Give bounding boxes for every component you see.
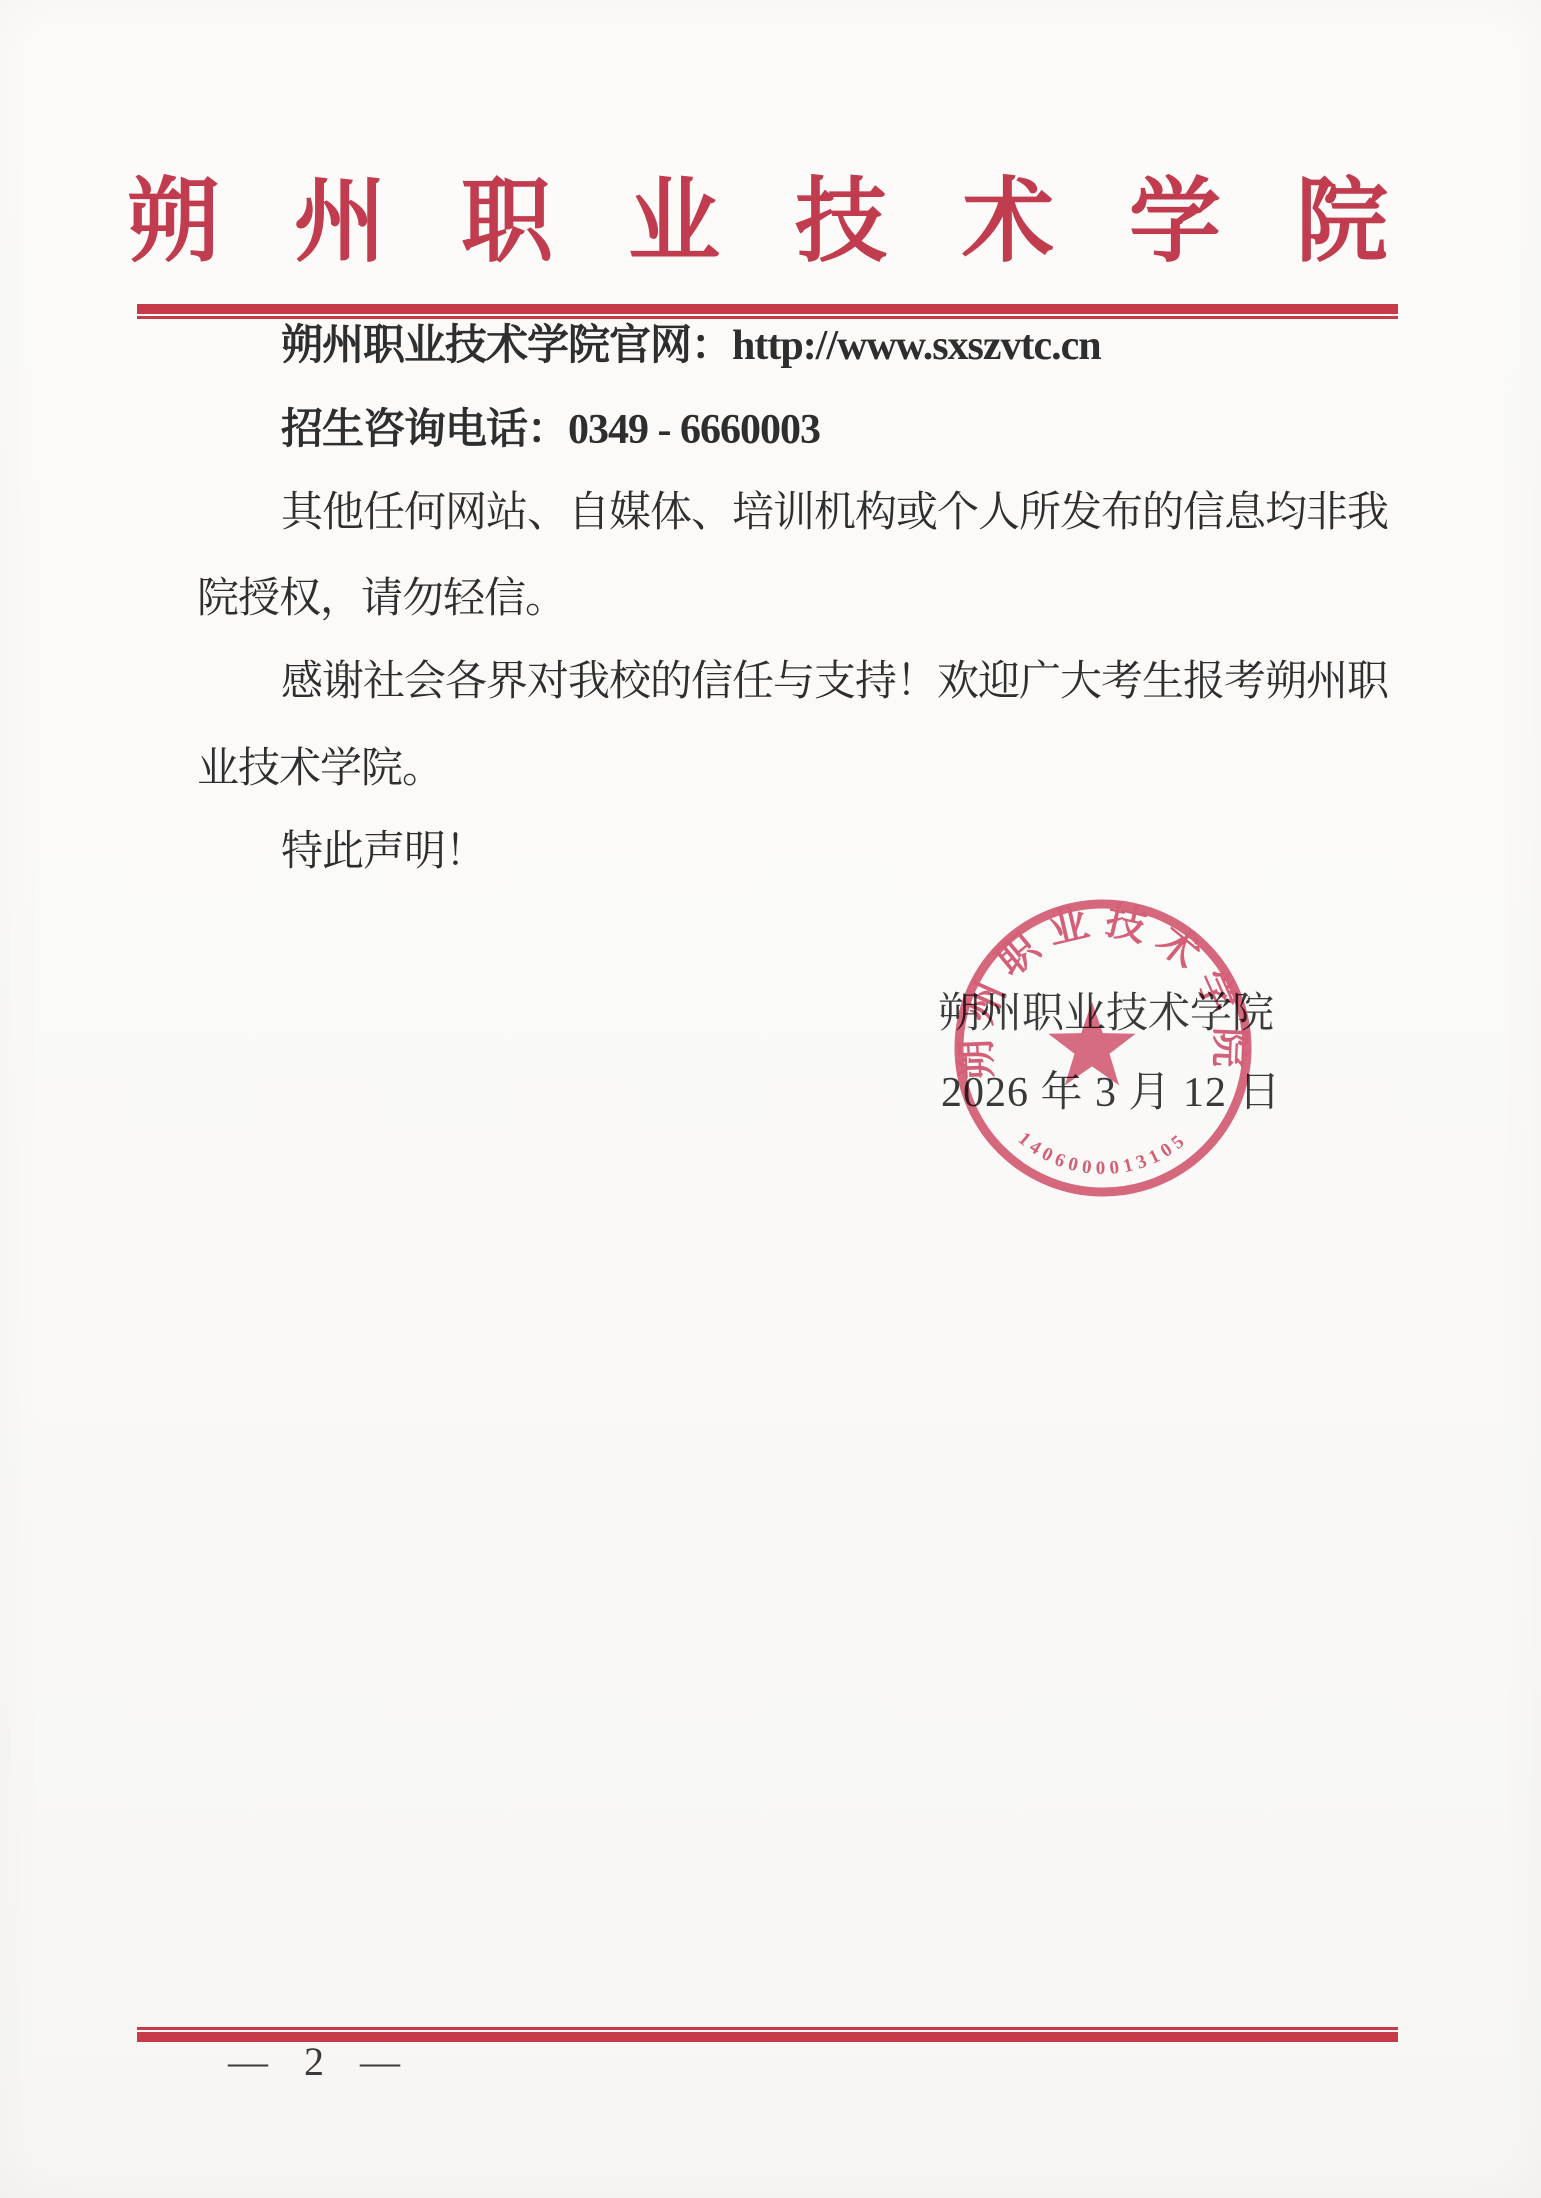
footer-rule-thick <box>137 2032 1398 2042</box>
paragraph2-line1: 感谢社会各界对我校的信任与支持！欢迎广大考生报考朔州职 <box>197 658 1402 706</box>
star-icon <box>1048 1002 1135 1085</box>
document-page: 朔 州 职 业 技 术 学 院 朔州职业技术学院官网：http://www.sx… <box>0 0 1541 2198</box>
website-line: 朔州职业技术学院官网：http://www.sxszvtc.cn <box>197 322 1402 370</box>
footer-rule <box>137 2027 1398 2042</box>
letterhead-rule-thin <box>137 316 1398 319</box>
seal-number: 1406000013105 <box>1014 1128 1192 1179</box>
paragraph1-line2: 院授权，请勿轻信。 <box>197 575 1402 623</box>
phone-line: 招生咨询电话：0349 - 6660003 <box>197 406 1402 454</box>
page-number: — 2 — <box>228 2042 404 2082</box>
letterhead-rule <box>137 304 1398 319</box>
paragraph2-line2: 业技术学院。 <box>197 745 1402 793</box>
closing-line: 特此声明！ <box>197 828 1402 876</box>
letterhead-title: 朔 州 职 业 技 术 学 院 <box>0 176 1541 268</box>
letterhead-rule-thick <box>137 304 1398 314</box>
paragraph1-line1: 其他任何网站、自媒体、培训机构或个人所发布的信息均非我 <box>197 489 1402 537</box>
official-seal-stamp: 朔州职业技术学院 1406000013105 <box>950 895 1256 1201</box>
